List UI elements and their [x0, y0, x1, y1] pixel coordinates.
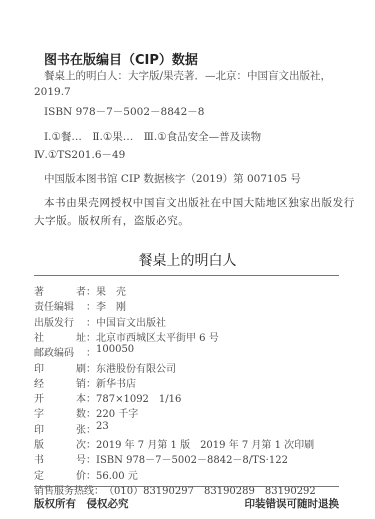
return-policy-notice: 印装错误可随时退换	[245, 496, 340, 511]
colophon-row: 印张：23	[34, 421, 109, 436]
license-notice-line-2: 大字版。版权所有，盗版必究。	[34, 213, 189, 228]
bottom-divider	[34, 486, 339, 487]
colophon-value: 23	[96, 421, 109, 436]
colophon-label-part: 印	[34, 421, 44, 436]
colon-separator: ：	[86, 421, 96, 436]
colophon-value: 56.00 元	[96, 467, 138, 482]
colophon-label-part: 张	[76, 421, 86, 436]
colophon-label-part: 定	[34, 467, 44, 482]
colophon-row: 销售服务热线：（010）83190297 83190289 83190292	[34, 482, 316, 497]
colophon-value: 新华书店	[96, 375, 136, 390]
colophon-label-part: 版	[34, 436, 44, 451]
colophon-label-part: 社	[34, 329, 44, 344]
colophon-label: 开本	[34, 390, 86, 405]
colophon-value: 中国盲文出版社	[96, 314, 166, 329]
colophon-value: 李 刚	[96, 298, 126, 313]
colophon-label: 印刷	[34, 360, 86, 375]
colophon-row: 开本：787×1092 1/16	[34, 390, 181, 405]
colophon-label-part: 邮政编码	[34, 344, 74, 359]
colon-separator: ：	[86, 344, 96, 359]
colophon-value: 果 壳	[96, 283, 126, 298]
colon-separator: ：	[86, 283, 96, 298]
colophon-label: 出版发行	[34, 314, 86, 329]
colophon-label-part: 者	[76, 283, 86, 298]
colophon-label-part: 号	[76, 451, 86, 466]
colophon-label: 定价	[34, 467, 86, 482]
cip-entry-line-1: 餐桌上的明白人：大字版/果壳著．—北京：中国盲文出版社，	[44, 68, 331, 83]
colophon-label: 销售服务热线	[34, 482, 94, 497]
colon-separator: ：	[86, 436, 96, 451]
colon-separator: ：	[86, 360, 96, 375]
cip-heading: 图书在版编目（CIP）数据	[44, 49, 198, 68]
colophon-value: ISBN 978－7－5002－8842－8/TS·122	[96, 451, 288, 466]
colophon-label-part: 数	[76, 405, 86, 420]
colophon-value: 2019 年 7 月第 1 版 2019 年 7 月第 1 次印刷	[96, 436, 314, 451]
colophon-value: 100050	[96, 344, 134, 359]
colophon-label-part: 本	[76, 390, 86, 405]
cip-number: 中国版本图书馆 CIP 数据核字（2019）第 007105 号	[44, 171, 301, 186]
cip-classification-line-1: Ⅰ.①餐… Ⅱ.①果… Ⅲ.①食品安全—普及读物	[44, 129, 261, 144]
colon-separator: ：	[86, 329, 96, 344]
colophon-label: 邮政编码	[34, 344, 86, 359]
colon-separator: ：	[86, 375, 96, 390]
colophon-label: 书号	[34, 451, 86, 466]
colophon-value: 北京市西城区太平街甲 6 号	[96, 329, 219, 344]
colophon-row: 出版发行：中国盲文出版社	[34, 314, 166, 329]
colon-separator: ：	[86, 390, 96, 405]
colophon-label-part: 印	[34, 360, 44, 375]
colophon-row: 书号：ISBN 978－7－5002－8842－8/TS·122	[34, 451, 288, 466]
colon-separator: ：	[86, 451, 96, 466]
colophon-row: 责任编辑：李 刚	[34, 298, 126, 313]
colophon-label: 责任编辑	[34, 298, 86, 313]
colon-separator: ：	[94, 482, 104, 497]
colophon-row: 字数：220 千字	[34, 405, 138, 420]
colophon-label-part: 书	[34, 451, 44, 466]
colophon-row: 著者：果 壳	[34, 283, 126, 298]
colophon-row: 经销：新华书店	[34, 375, 136, 390]
cip-entry-line-2: 2019.7	[34, 86, 71, 98]
colon-separator: ：	[86, 467, 96, 482]
colophon-label: 经销	[34, 375, 86, 390]
colophon-value: （010）83190297 83190289 83190292	[104, 482, 316, 497]
top-divider	[34, 275, 339, 276]
colon-separator: ：	[86, 405, 96, 420]
colophon-label-part: 经	[34, 375, 44, 390]
colophon-label: 印张	[34, 421, 86, 436]
colophon-label-part: 价	[76, 467, 86, 482]
colophon-row: 版次：2019 年 7 月第 1 版 2019 年 7 月第 1 次印刷	[34, 436, 314, 451]
colophon-label: 版次	[34, 436, 86, 451]
colophon-row: 印刷：东港股份有限公司	[34, 360, 176, 375]
cip-classification-line-2: Ⅳ.①TS201.6－49	[34, 147, 125, 162]
colophon-label-part: 著	[34, 283, 44, 298]
colophon-label-part: 出版发行	[34, 314, 74, 329]
colophon-label: 字数	[34, 405, 86, 420]
colophon-label-part: 开	[34, 390, 44, 405]
book-title: 餐桌上的明白人	[0, 250, 375, 270]
colophon-row: 邮政编码：100050	[34, 344, 134, 359]
colophon-label: 著者	[34, 283, 86, 298]
colophon-label-part: 刷	[76, 360, 86, 375]
colophon-label-part: 责任编辑	[34, 298, 74, 313]
colophon-label-part: 址	[76, 329, 86, 344]
colophon-label: 社址	[34, 329, 86, 344]
colophon-row: 定价：56.00 元	[34, 467, 138, 482]
colophon-label-part: 销	[76, 375, 86, 390]
license-notice-line-1: 本书由果壳网授权中国盲文出版社在中国大陆地区独家出版发行	[44, 195, 355, 210]
copyright-notice: 版权所有 侵权必究	[34, 496, 129, 511]
colon-separator: ：	[86, 298, 96, 313]
cip-isbn: ISBN 978－7－5002－8842－8	[44, 104, 204, 119]
colophon-value: 787×1092 1/16	[96, 390, 181, 405]
colophon-row: 社址：北京市西城区太平街甲 6 号	[34, 329, 219, 344]
colophon-label-part: 字	[34, 405, 44, 420]
colon-separator: ：	[86, 314, 96, 329]
colophon-label-part: 销售服务热线	[34, 482, 94, 497]
colophon-value: 220 千字	[96, 405, 138, 420]
colophon-label-part: 次	[76, 436, 86, 451]
colophon-value: 东港股份有限公司	[96, 360, 176, 375]
